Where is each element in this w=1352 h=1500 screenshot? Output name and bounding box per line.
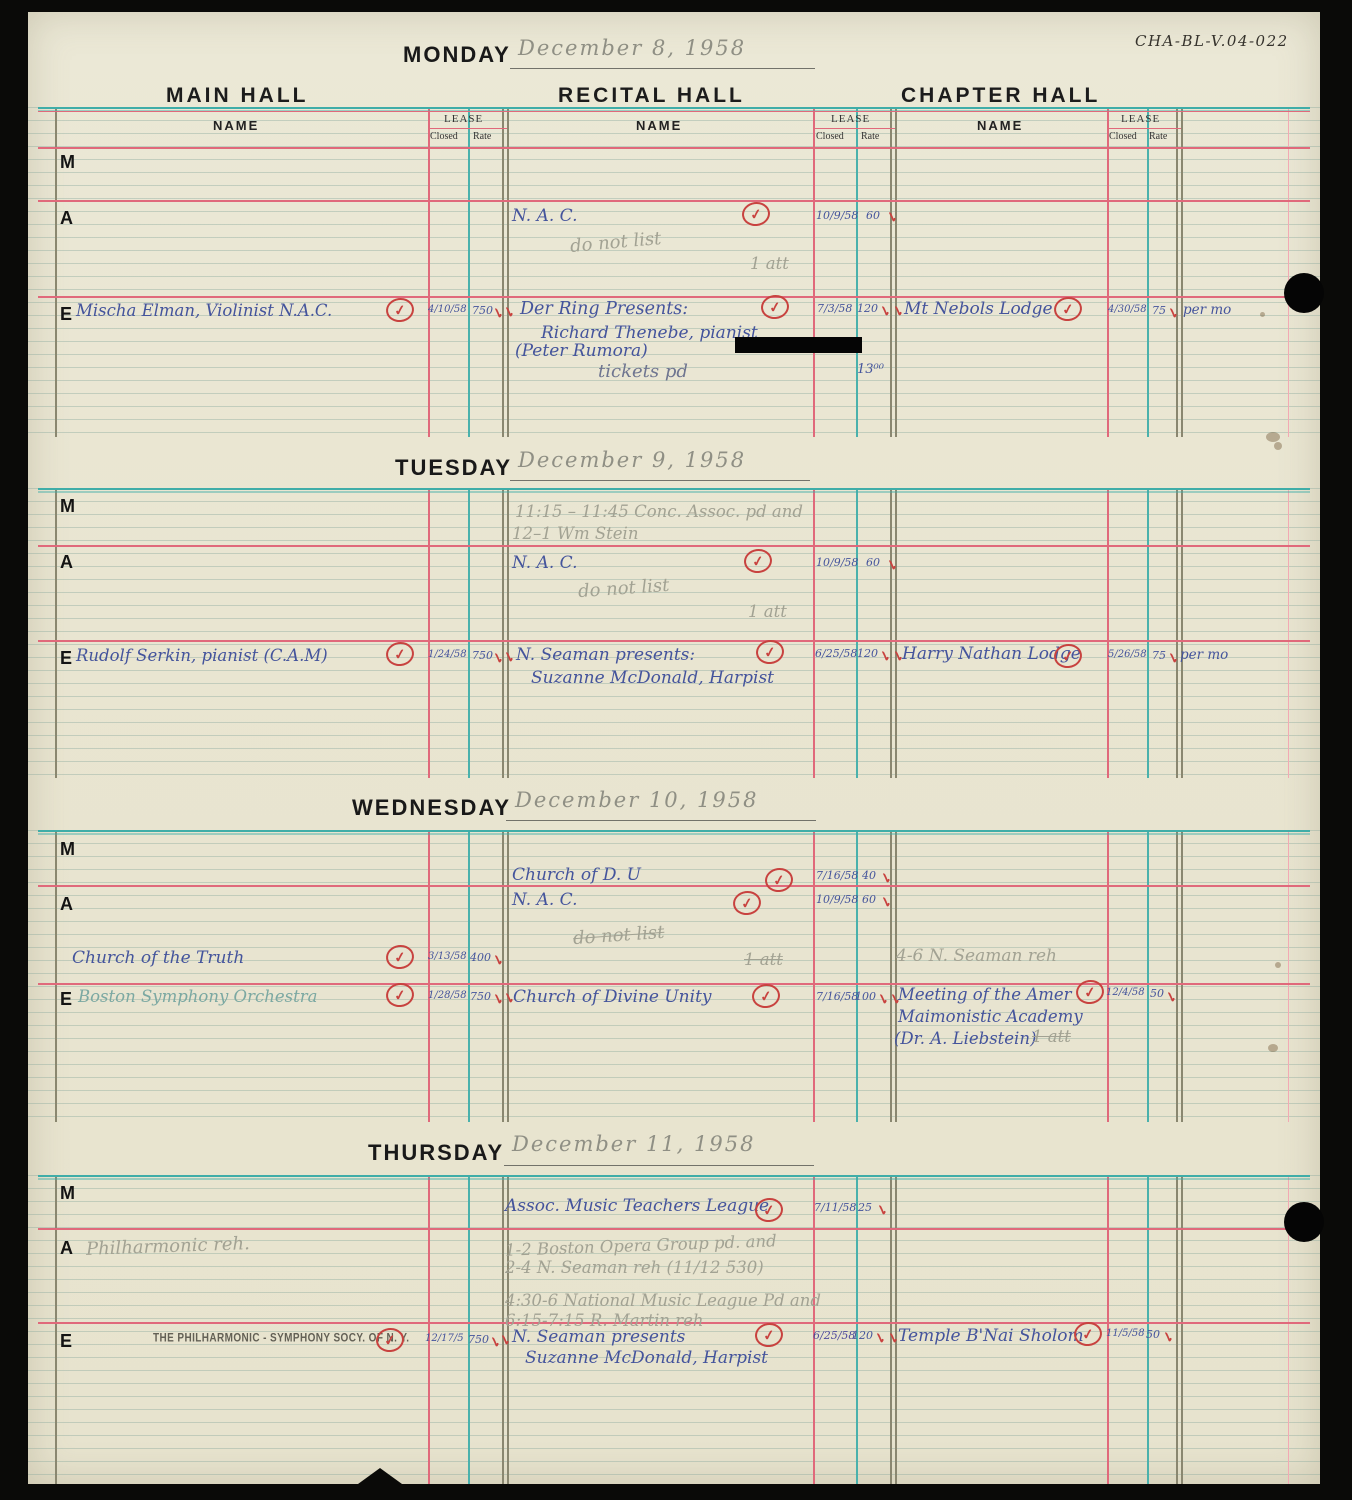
amount-note: 13⁰⁰ — [857, 362, 884, 377]
column-header-rate: Rate — [1149, 131, 1167, 142]
lease-closed-date: 10/9/58 — [816, 893, 858, 906]
lease-closed-date: 1/24/58 — [428, 649, 467, 660]
pencil-note: 1 att — [748, 602, 787, 621]
lease-underline — [813, 128, 895, 129]
row-label-evening: E — [60, 304, 72, 325]
row-label-morning: M — [60, 839, 75, 860]
section-top-rule — [38, 488, 1310, 490]
lease-rate: 100 — [855, 990, 876, 1003]
lease-underline — [428, 128, 507, 129]
row-rule — [38, 1228, 1310, 1230]
paper-stain — [1260, 312, 1265, 317]
pencil-note: 1 att — [750, 254, 789, 273]
lease-rate: 25 — [858, 1201, 872, 1214]
lease-rate: 60 — [866, 556, 880, 569]
lease-closed-date: 1/28/58 — [428, 990, 467, 1001]
row-label-evening: E — [60, 989, 72, 1010]
row-rule — [38, 545, 1310, 547]
day-date-handwritten: December 11, 1958 — [512, 1132, 755, 1156]
pencil-note: 2-4 N. Seaman reh (11/12 530) — [505, 1258, 764, 1277]
lease-rate: 60 — [866, 209, 880, 222]
row-label-morning: M — [60, 496, 75, 517]
row-label-morning: M — [60, 1183, 75, 1204]
row-rule — [38, 200, 1310, 202]
paper-stain — [1274, 442, 1282, 450]
entry-name: Church of the Truth — [72, 948, 244, 968]
entry-name: N. Seaman presents: — [516, 645, 695, 665]
lease-rate: 120 — [857, 647, 878, 660]
paper-stain — [1268, 1044, 1278, 1052]
row-label-afternoon: A — [60, 1238, 73, 1259]
day-date-handwritten: December 8, 1958 — [518, 36, 746, 60]
entry-name: N. A. C. — [512, 890, 578, 910]
entry-name: Assoc. Music Teachers League — [505, 1196, 769, 1216]
entry-name: Der Ring Presents: — [520, 299, 688, 319]
entry-name: N. Seaman presents — [512, 1327, 685, 1347]
header-rule — [38, 111, 1310, 112]
pencil-note: 4:30-6 National Music League Pd and — [505, 1291, 821, 1310]
column-header-name: NAME — [636, 118, 682, 133]
entry-name: Church of D. U — [512, 865, 641, 885]
entry-name: Rudolf Serkin, pianist (C.A.M) — [76, 646, 328, 665]
paper-stain — [1275, 962, 1281, 968]
day-title: THURSDAY — [368, 1140, 504, 1166]
entry-name: Meeting of the Amer — [898, 985, 1072, 1004]
lease-closed-date: 12/17/5 — [425, 1333, 464, 1344]
lease-rate: 50 — [1146, 1328, 1160, 1341]
date-underline — [506, 820, 816, 821]
column-header-name: NAME — [213, 118, 259, 133]
entry-line: Suzanne McDonald, Harpist — [531, 668, 774, 688]
lease-closed-date: 6/25/58 — [813, 1329, 855, 1342]
lease-closed-date: 10/9/58 — [816, 556, 858, 569]
lease-rate: 750 — [472, 649, 493, 662]
column-header-lease: LEASE — [831, 113, 870, 125]
lease-closed-date: 10/9/58 — [816, 209, 858, 222]
monday-grid — [28, 107, 1320, 437]
column-header-rate: Rate — [473, 131, 491, 142]
column-header-closed: Closed — [430, 131, 458, 142]
hall-title-main: MAIN HALL — [166, 84, 308, 108]
lease-closed-date: 4/10/58 — [428, 304, 467, 315]
row-label-evening: E — [60, 648, 72, 669]
payment-note: tickets pd — [598, 361, 688, 382]
column-header-name: NAME — [977, 118, 1023, 133]
lease-rate: 75 — [1152, 649, 1166, 662]
entry-name: Mischa Elman, Violinist N.A.C. — [76, 301, 332, 320]
section-top-rule — [38, 1175, 1310, 1177]
entry-name: Boston Symphony Orchestra — [78, 987, 317, 1006]
lease-rate: 120 — [852, 1329, 873, 1342]
row-label-morning: M — [60, 152, 75, 173]
redaction-bar — [735, 337, 862, 353]
lease-closed-date: 7/3/58 — [817, 302, 852, 315]
wednesday-grid — [28, 830, 1320, 1122]
lease-closed-date: 6/25/58 — [815, 647, 857, 660]
lease-closed-date: 7/16/58 — [816, 869, 858, 882]
date-underline — [510, 68, 815, 69]
lease-rate: 50 — [1150, 987, 1164, 1000]
pencil-note: 1 att — [1032, 1027, 1071, 1046]
row-rule — [38, 147, 1310, 149]
column-header-rate: Rate — [861, 131, 879, 142]
hall-title-recital: RECITAL HALL — [558, 84, 745, 108]
pencil-note: 12–1 Wm Stein — [512, 524, 638, 543]
entry-line: (Dr. A. Liebstein) — [894, 1029, 1036, 1048]
lease-closed-date: 7/16/58 — [816, 990, 858, 1003]
lease-closed-date: 11/5/58 — [1106, 1328, 1145, 1339]
row-rule — [38, 296, 1310, 298]
entry-line: Maimonistic Academy — [898, 1007, 1083, 1026]
day-date-handwritten: December 9, 1958 — [518, 448, 746, 472]
entry-name: Church of Divine Unity — [513, 987, 712, 1007]
row-label-afternoon: A — [60, 894, 73, 915]
column-header-lease: LEASE — [444, 113, 483, 125]
column-header-closed: Closed — [816, 131, 844, 142]
pencil-note: 4-6 N. Seaman reh — [896, 946, 1057, 966]
lease-rate: 60 — [862, 893, 876, 906]
lease-rate: 750 — [470, 990, 491, 1003]
tuesday-grid — [28, 488, 1320, 778]
row-rule — [38, 983, 1310, 985]
entry-line: (Peter Rumora) — [515, 341, 648, 361]
row-rule — [38, 885, 1310, 887]
row-label-afternoon: A — [60, 552, 73, 573]
column-header-lease: LEASE — [1121, 113, 1160, 125]
lease-underline — [1107, 128, 1181, 129]
day-date-handwritten: December 10, 1958 — [515, 788, 758, 812]
lease-closed-date: 12/4/58 — [1106, 987, 1145, 998]
lease-rate: 750 — [472, 304, 493, 317]
row-label-evening: E — [60, 1331, 72, 1352]
entry-line: Suzanne McDonald, Harpist — [525, 1348, 768, 1368]
rate-period-note: per mo — [1183, 302, 1231, 318]
entry-name: Temple B'Nai Sholom — [898, 1326, 1084, 1346]
entry-name: N. A. C. — [512, 206, 578, 226]
lease-rate: 40 — [862, 869, 876, 882]
lease-closed-date: 4/30/58 — [1108, 304, 1147, 315]
paper-tear — [358, 1468, 402, 1484]
entry-name: N. A. C. — [512, 553, 578, 573]
column-header-closed: Closed — [1109, 131, 1137, 142]
pencil-note: 1 att — [744, 950, 783, 969]
punch-hole-notch — [1304, 288, 1320, 298]
lease-closed-date: 7/11/58 — [814, 1201, 856, 1214]
lease-closed-date: 5/26/58 — [1108, 649, 1147, 660]
lease-rate: 75 — [1152, 304, 1166, 317]
lease-rate: 120 — [857, 302, 878, 315]
lease-rate: 400 — [470, 951, 491, 964]
day-title: WEDNESDAY — [352, 795, 511, 821]
date-underline — [510, 480, 810, 481]
day-title: TUESDAY — [395, 455, 512, 481]
ledger-page: CHA-BL-V.04-022 MONDAY December 8, 1958 … — [28, 12, 1320, 1484]
punch-hole-notch — [1304, 1217, 1320, 1227]
entry-line: Richard Thenebe, pianist — [541, 323, 758, 343]
pencil-note: 11:15 – 11:45 Conc. Assoc. pd and — [515, 502, 803, 521]
row-label-afternoon: A — [60, 208, 73, 229]
hall-title-chapter: CHAPTER HALL — [901, 84, 1100, 108]
organization-stamp: THE PHILHARMONIC - SYMPHONY SOCY. OF N. … — [153, 1332, 409, 1345]
date-underline — [504, 1165, 814, 1166]
lease-rate: 750 — [468, 1333, 489, 1346]
archive-reference-label: CHA-BL-V.04-022 — [1135, 32, 1289, 50]
rate-period-note: per mo — [1180, 647, 1228, 663]
section-top-rule — [38, 830, 1310, 832]
day-title: MONDAY — [403, 42, 511, 68]
row-rule — [38, 640, 1310, 642]
paper-stain — [1266, 432, 1280, 442]
entry-name: Mt Nebols Lodge — [904, 299, 1053, 319]
lease-closed-date: 3/13/58 — [428, 951, 467, 962]
scan-background: CHA-BL-V.04-022 MONDAY December 8, 1958 … — [0, 0, 1352, 1500]
